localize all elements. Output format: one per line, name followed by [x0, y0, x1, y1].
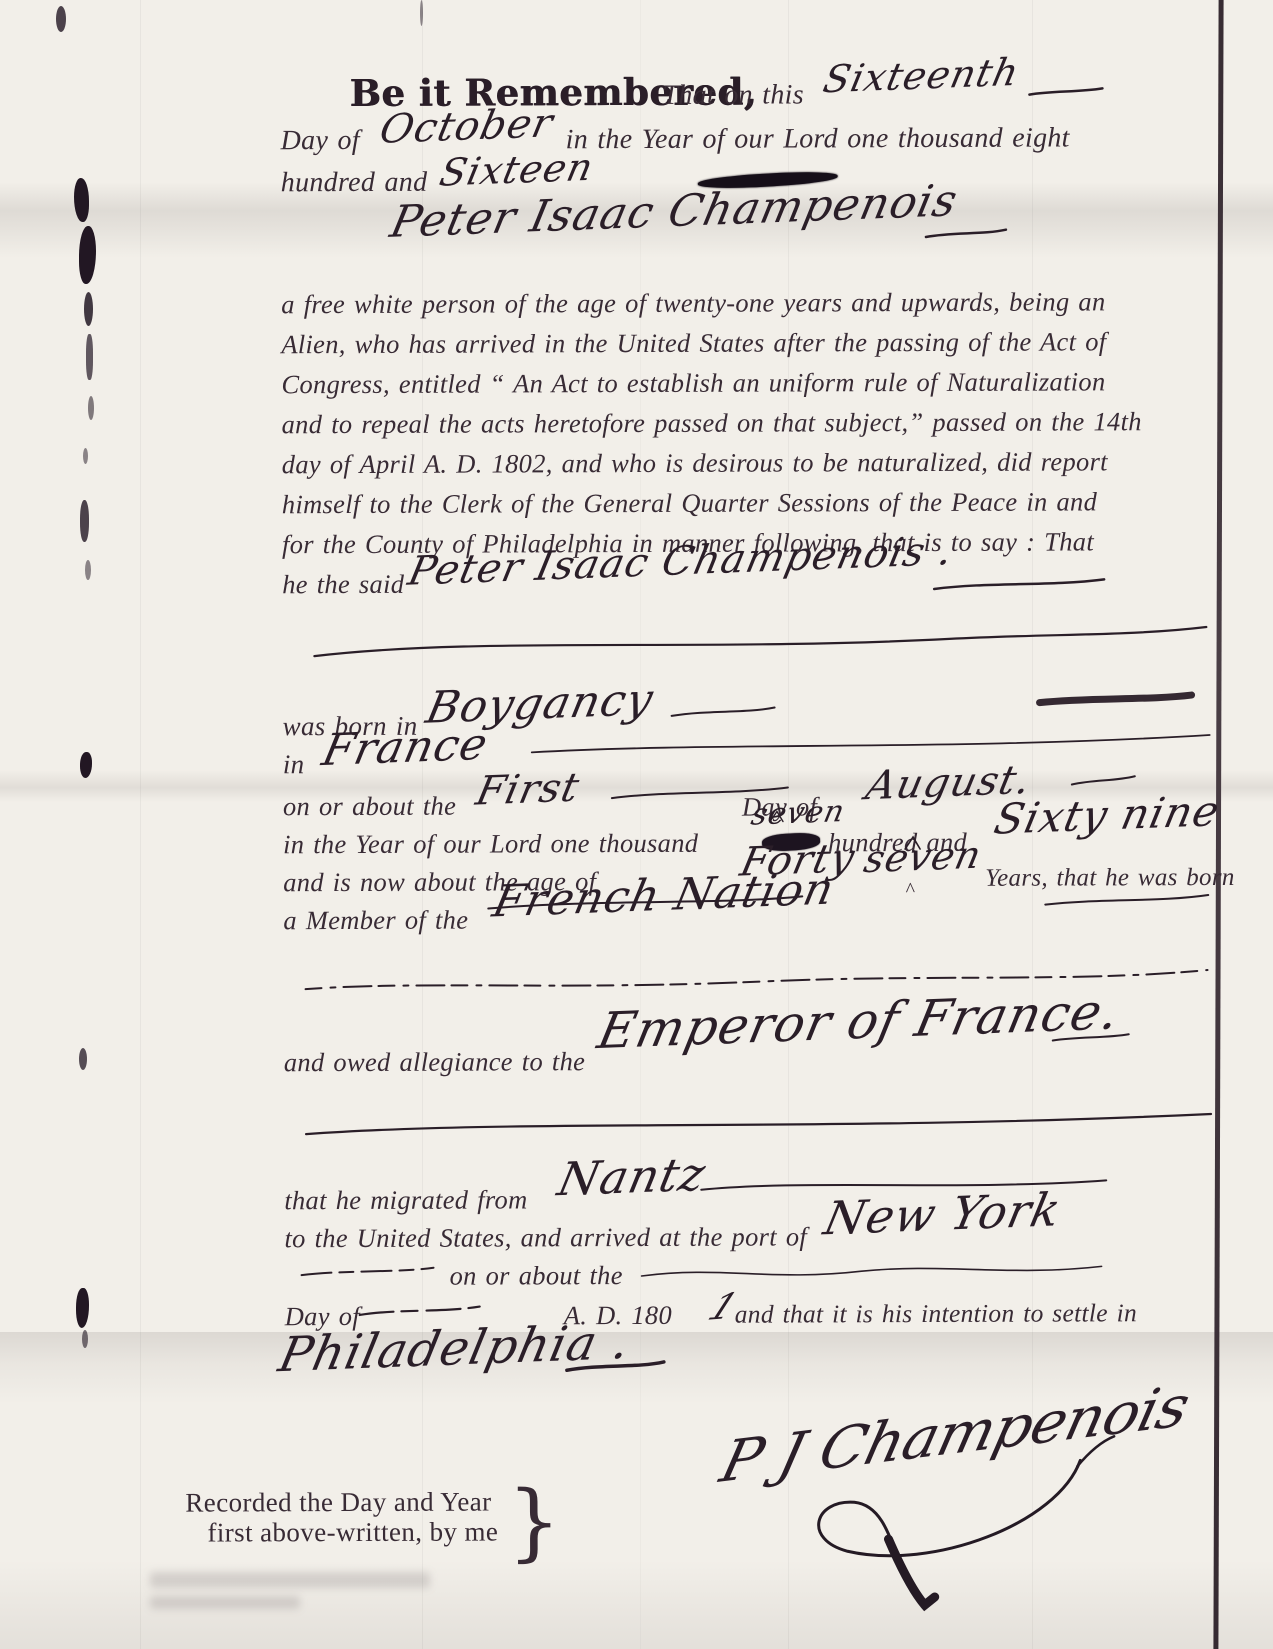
hw-month: October [376, 100, 558, 153]
member-prefix-label: a Member of the [283, 905, 468, 937]
recorded-line-1: Recorded the Day and Year [185, 1487, 491, 1519]
year-words-printed: in the Year of our Lord one thousand eig… [566, 122, 1070, 156]
hw-birth-day: First [472, 765, 584, 815]
port-prefix-label: to the United States, and arrived at the… [284, 1221, 807, 1254]
allegiance-prefix-label: and owed allegiance to the [284, 1046, 585, 1078]
document-content: Be it Remembered, That on this Sixteenth… [0, 0, 1273, 1649]
hundred-and-label: hundred and [281, 167, 428, 200]
insertion-caret: ^ [905, 879, 914, 902]
body-line: himself to the Clerk of the General Quar… [282, 486, 1097, 520]
on-or-about-label: on or about the [283, 791, 456, 823]
body-line: Congress, entitled “ An Act to establish… [281, 366, 1105, 400]
hw-allegiance: Emperor of France. [593, 982, 1125, 1060]
year-prefix-label: in the Year of our Lord one thousand [283, 828, 698, 860]
naturalization-document-scan: Be it Remembered, That on this Sixteenth… [0, 0, 1273, 1649]
heading-continuation: That on this [662, 79, 804, 111]
body-line: a free white person of the age of twenty… [281, 286, 1105, 320]
hw-age-second: seven [860, 833, 986, 881]
migrated-from-label: that he migrated from [284, 1184, 527, 1216]
on-or-about-label-2: on or about the [450, 1260, 623, 1292]
settle-suffix-label: and that it is his intention to settle i… [735, 1298, 1137, 1329]
hw-migrated-from: Nantz [553, 1147, 711, 1207]
day-of-label: Day of [281, 125, 360, 157]
age-suffix-label: Years, that he was born [985, 864, 1235, 893]
hw-year-word: Sixteen [436, 145, 598, 195]
body-line: day of April A. D. 1802, and who is desi… [282, 446, 1108, 480]
body-line: Alien, who has arrived in the United Sta… [281, 326, 1106, 360]
hw-arrival-port: New York [819, 1182, 1066, 1245]
hw-signature: P J Champenois [714, 1372, 1195, 1496]
hw-day-ordinal: Sixteenth [819, 50, 1023, 101]
curly-brace: } [507, 1472, 561, 1570]
hw-birth-year: Sixty nine [990, 786, 1224, 844]
body-line: and to repeal the acts heretofore passed… [282, 406, 1142, 440]
recorded-line-2: first above-written, by me [207, 1516, 498, 1548]
he-the-said-label: he the said [282, 569, 404, 600]
hw-birth-country: France [318, 719, 493, 776]
in-label: in [283, 749, 305, 780]
